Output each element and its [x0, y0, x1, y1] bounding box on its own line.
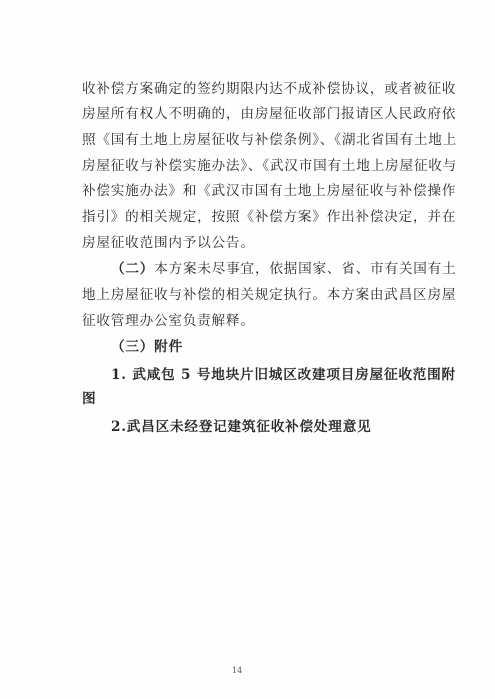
paragraph-line: 征收管理办公室负责解释。: [82, 312, 422, 330]
section-2-text: 本方案未尽事宜，依据国家、省、市有关国有土: [154, 261, 456, 277]
document-page: 收补偿方案确定的签约期限内达不成补偿协议，或者被征收 房屋所有权人不明确的，由房…: [0, 0, 495, 699]
paragraph-line: 照《国有土地上房屋征收与补偿条例》、《湖北省国有土地上: [82, 131, 422, 149]
paragraph-line: 地上房屋征收与补偿的相关规定执行。本方案由武昌区房屋: [82, 286, 422, 304]
section-3-heading: （三）附件: [111, 338, 451, 356]
paragraph-line: 房屋所有权人不明确的，由房屋征收部门报请区人民政府依: [82, 105, 422, 123]
paragraph-line: 房屋征收范围内予以公告。: [82, 234, 422, 252]
section-2-heading: （二）: [111, 261, 154, 277]
paragraph-line: 补偿实施办法》和《武汉市国有土地上房屋征收与补偿操作: [82, 182, 422, 200]
paragraph-line: 收补偿方案确定的签约期限内达不成补偿协议，或者被征收: [82, 80, 422, 98]
paragraph-line: 房屋征收与补偿实施办法》、《武汉市国有土地上房屋征收与: [82, 157, 422, 175]
attachment-1-continued: 图: [82, 390, 422, 408]
attachment-1: 1. 武咸包 5 号地块片旧城区改建项目房屋征收范围附: [111, 366, 451, 384]
paragraph-line: 指引》的相关规定，按照《补偿方案》作出补偿决定，并在: [82, 208, 422, 226]
page-number: 14: [232, 666, 242, 675]
section-2-first-line: （二）本方案未尽事宜，依据国家、省、市有关国有土: [111, 260, 451, 278]
attachment-2: 2.武昌区未经登记建筑征收补偿处理意见: [111, 418, 451, 436]
